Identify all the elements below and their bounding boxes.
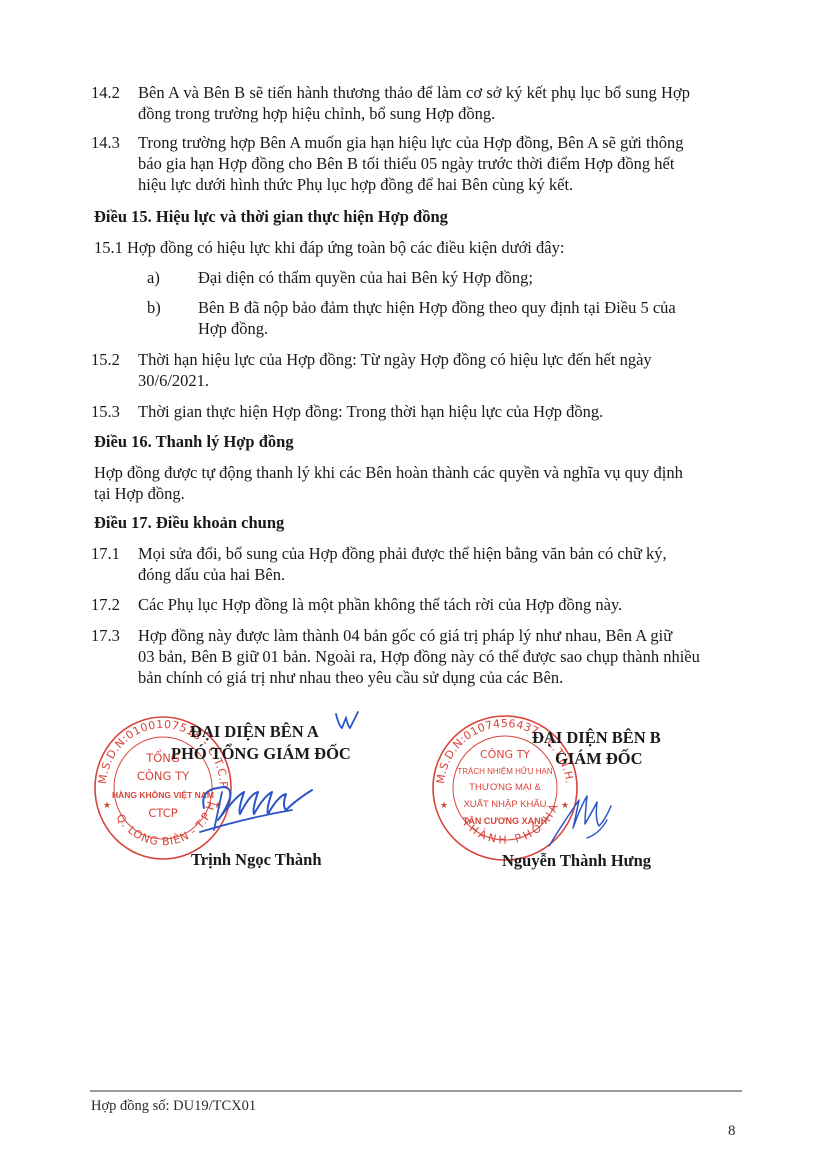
list-item-b-line1: Bên B đã nộp bảo đảm thực hiện Hợp đồng … [198,297,676,318]
clause-14-3-line3: hiệu lực dưới hình thức Phụ lục hợp đồng… [138,174,573,195]
svg-text:CÔNG TY: CÔNG TY [137,768,190,783]
clause-14-2-line2: đồng trong trường hợp hiệu chỉnh, bổ sun… [138,103,495,124]
clause-15-2-line1: Thời hạn hiệu lực của Hợp đồng: Từ ngày … [138,349,652,370]
list-marker-b: b) [147,297,161,318]
heading-dieu-16: Điều 16. Thanh lý Hợp đồng [94,431,294,452]
clause-17-3-line1: Hợp đồng này được làm thành 04 bản gốc c… [138,625,672,646]
clause-14-3-line1: Trong trường hợp Bên A muốn gia hạn hiệu… [138,132,684,153]
signature-b [545,780,615,850]
clause-14-2-line1: Bên A và Bên B sẽ tiến hành thương thảo … [138,82,742,103]
party-b-title: ĐẠI DIỆN BÊN B [532,727,661,748]
clause-17-2: Các Phụ lục Hợp đồng là một phần không t… [138,594,622,615]
dieu-16-line1: Hợp đồng được tự động thanh lý khi các B… [94,462,683,483]
clause-number: 14.3 [91,132,120,153]
svg-text:CTCP: CTCP [148,806,177,820]
svg-text:THƯƠNG MẠI &: THƯƠNG MẠI & [469,782,541,793]
clause-17-3-line3: bản chính có giá trị như nhau theo yêu c… [138,667,563,688]
document-page: 14.2 Bên A và Bên B sẽ tiến hành thương … [0,0,830,1168]
party-a-title: ĐẠI DIỆN BÊN A [190,721,319,742]
clause-number: 17.1 [91,543,120,564]
svg-text:TRÁCH NHIỆM HỮU HẠN: TRÁCH NHIỆM HỮU HẠN [457,767,553,776]
footer-divider [90,1090,742,1092]
clause-17-1-line2: đóng dấu của hai Bên. [138,564,285,585]
list-item-b-line2: Hợp đồng. [198,318,268,339]
clause-number: 17.2 [91,594,120,615]
page-number: 8 [728,1123,736,1140]
clause-17-3-line2: 03 bản, Bên B giữ 01 bản. Ngoài ra, Hợp … [138,646,700,667]
party-b-signatory-name: Nguyễn Thành Hưng [502,851,651,871]
list-item-a: Đại diện có thẩm quyền của hai Bên ký Hợ… [198,267,533,288]
party-b-position: GIÁM ĐỐC [555,748,643,769]
footer-contract-number: Hợp đồng số: DU19/TCX01 [91,1098,256,1115]
clause-number: 14.2 [91,82,120,103]
svg-text:★: ★ [103,801,111,811]
clause-17-1-line1: Mọi sửa đổi, bổ sung của Hợp đồng phải đ… [138,543,667,564]
heading-dieu-15: Điều 15. Hiệu lực và thời gian thực hiện… [94,206,448,227]
party-a-position: PHÓ TỔNG GIÁM ĐỐC [171,743,351,764]
signature-a [196,770,326,845]
svg-text:CÔNG TY: CÔNG TY [480,748,530,761]
clause-15-3: Thời gian thực hiện Hợp đồng: Trong thời… [138,401,603,422]
clause-14-3-line2: báo gia hạn Hợp đồng cho Bên B tối thiểu… [138,153,674,174]
initial-mark-a [334,710,360,732]
list-marker-a: a) [147,267,160,288]
clause-number: 15.2 [91,349,120,370]
clause-15-1: 15.1 Hợp đồng có hiệu lực khi đáp ứng to… [94,237,564,258]
svg-text:TÂN CƯƠNG XANH: TÂN CƯƠNG XANH [463,815,547,826]
clause-15-2-line2: 30/6/2021. [138,370,209,391]
heading-dieu-17: Điều 17. Điều khoản chung [94,512,284,533]
svg-text:XUẤT NHẬP KHẨU: XUẤT NHẬP KHẨU [463,798,546,810]
clause-number: 15.3 [91,401,120,422]
svg-text:★: ★ [440,801,448,811]
dieu-16-line2: tại Hợp đồng. [94,483,185,504]
clause-number: 17.3 [91,625,120,646]
party-a-signatory-name: Trịnh Ngọc Thành [191,850,322,870]
